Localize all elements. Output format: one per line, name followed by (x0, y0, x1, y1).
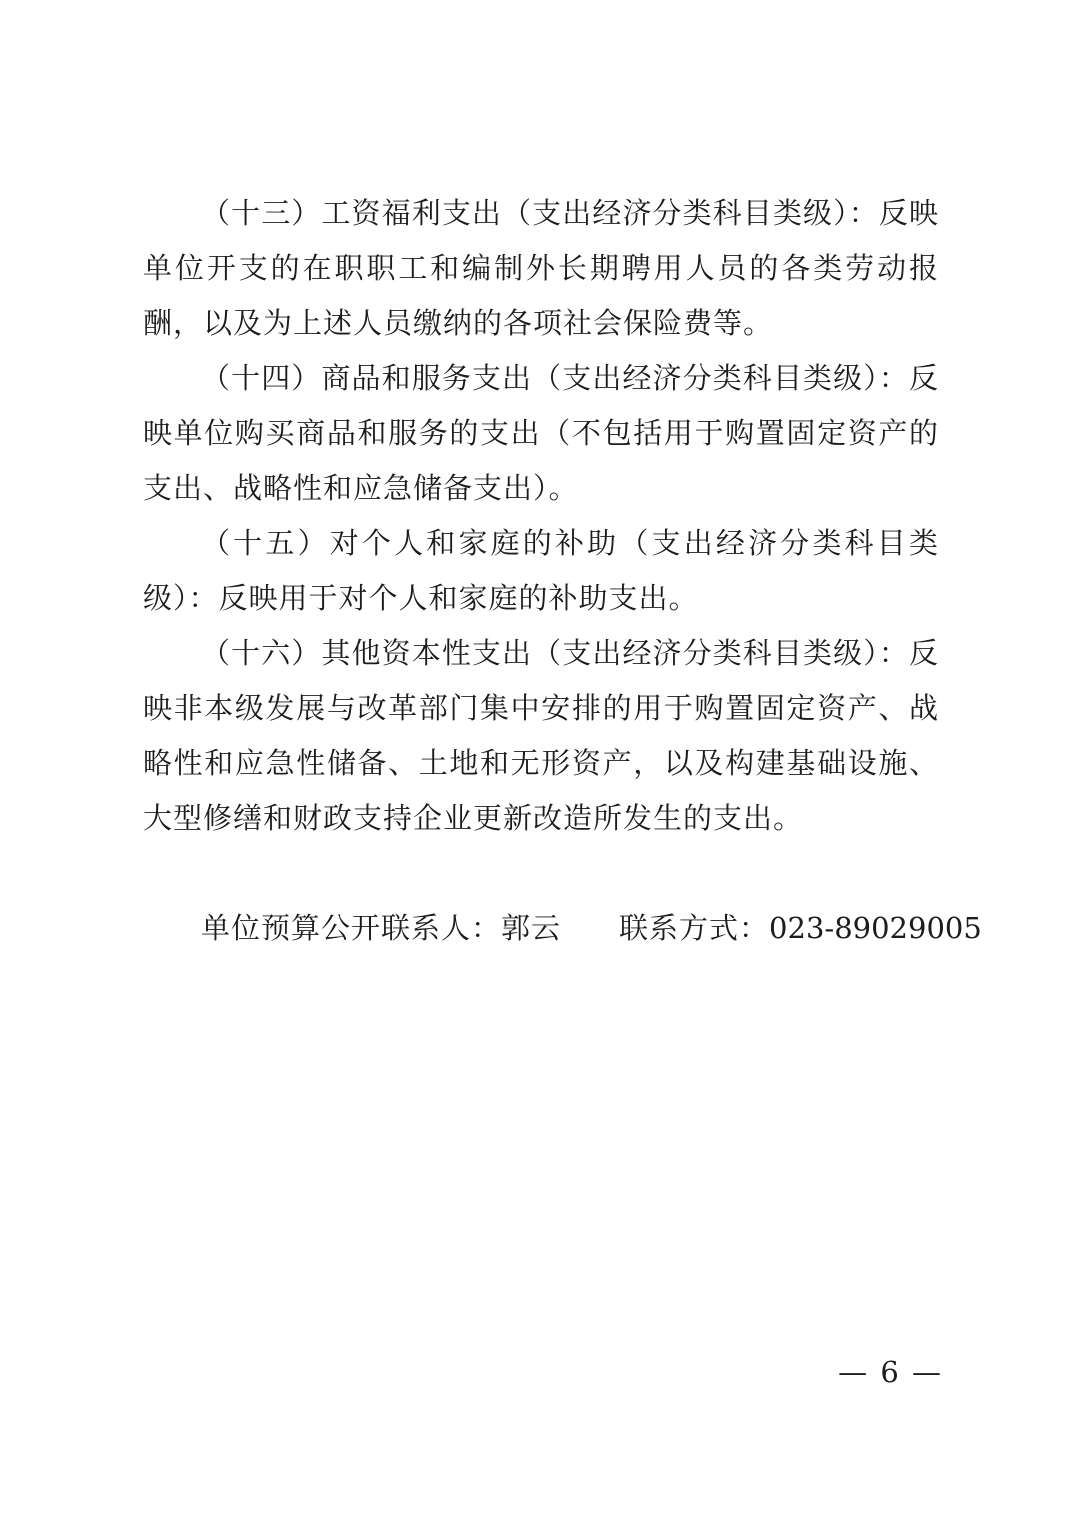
paragraph-16-lead: （十六）其他资本性支出（支出经济分类科目类级）： (201, 636, 909, 670)
paragraph-15-body: 反映用于对个人和家庭的补助支出。 (219, 581, 699, 615)
paragraph-item-13: （十三）工资福利支出（支出经济分类科目类级）：反映单位开支的在职职工和编制外长期… (143, 186, 939, 351)
paragraph-item-16: （十六）其他资本性支出（支出经济分类科目类级）：反映非本级发展与改革部门集中安排… (143, 626, 939, 846)
paragraph-item-15: （十五）对个人和家庭的补助（支出经济分类科目类级）：反映用于对个人和家庭的补助支… (143, 516, 939, 626)
page-number: — 6 — (838, 1345, 943, 1400)
contact-person-label: 单位预算公开联系人： (201, 911, 501, 945)
contact-phone-number: 023-89029005 (769, 911, 982, 945)
contact-line: 单位预算公开联系人：郭云联系方式：023-89029005 (143, 901, 939, 956)
paragraph-13-lead: （十三）工资福利支出（支出经济分类科目类级）： (201, 196, 879, 230)
paragraph-14-lead: （十四）商品和服务支出（支出经济分类科目类级）： (201, 361, 909, 395)
paragraph-item-14: （十四）商品和服务支出（支出经济分类科目类级）：反映单位购买商品和服务的支出（不… (143, 351, 939, 516)
contact-phone-label: 联系方式： (619, 911, 769, 945)
document-body: （十三）工资福利支出（支出经济分类科目类级）：反映单位开支的在职职工和编制外长期… (143, 186, 939, 956)
document-page: （十三）工资福利支出（支出经济分类科目类级）：反映单位开支的在职职工和编制外长期… (0, 0, 1074, 1520)
contact-person-name: 郭云 (501, 911, 561, 945)
